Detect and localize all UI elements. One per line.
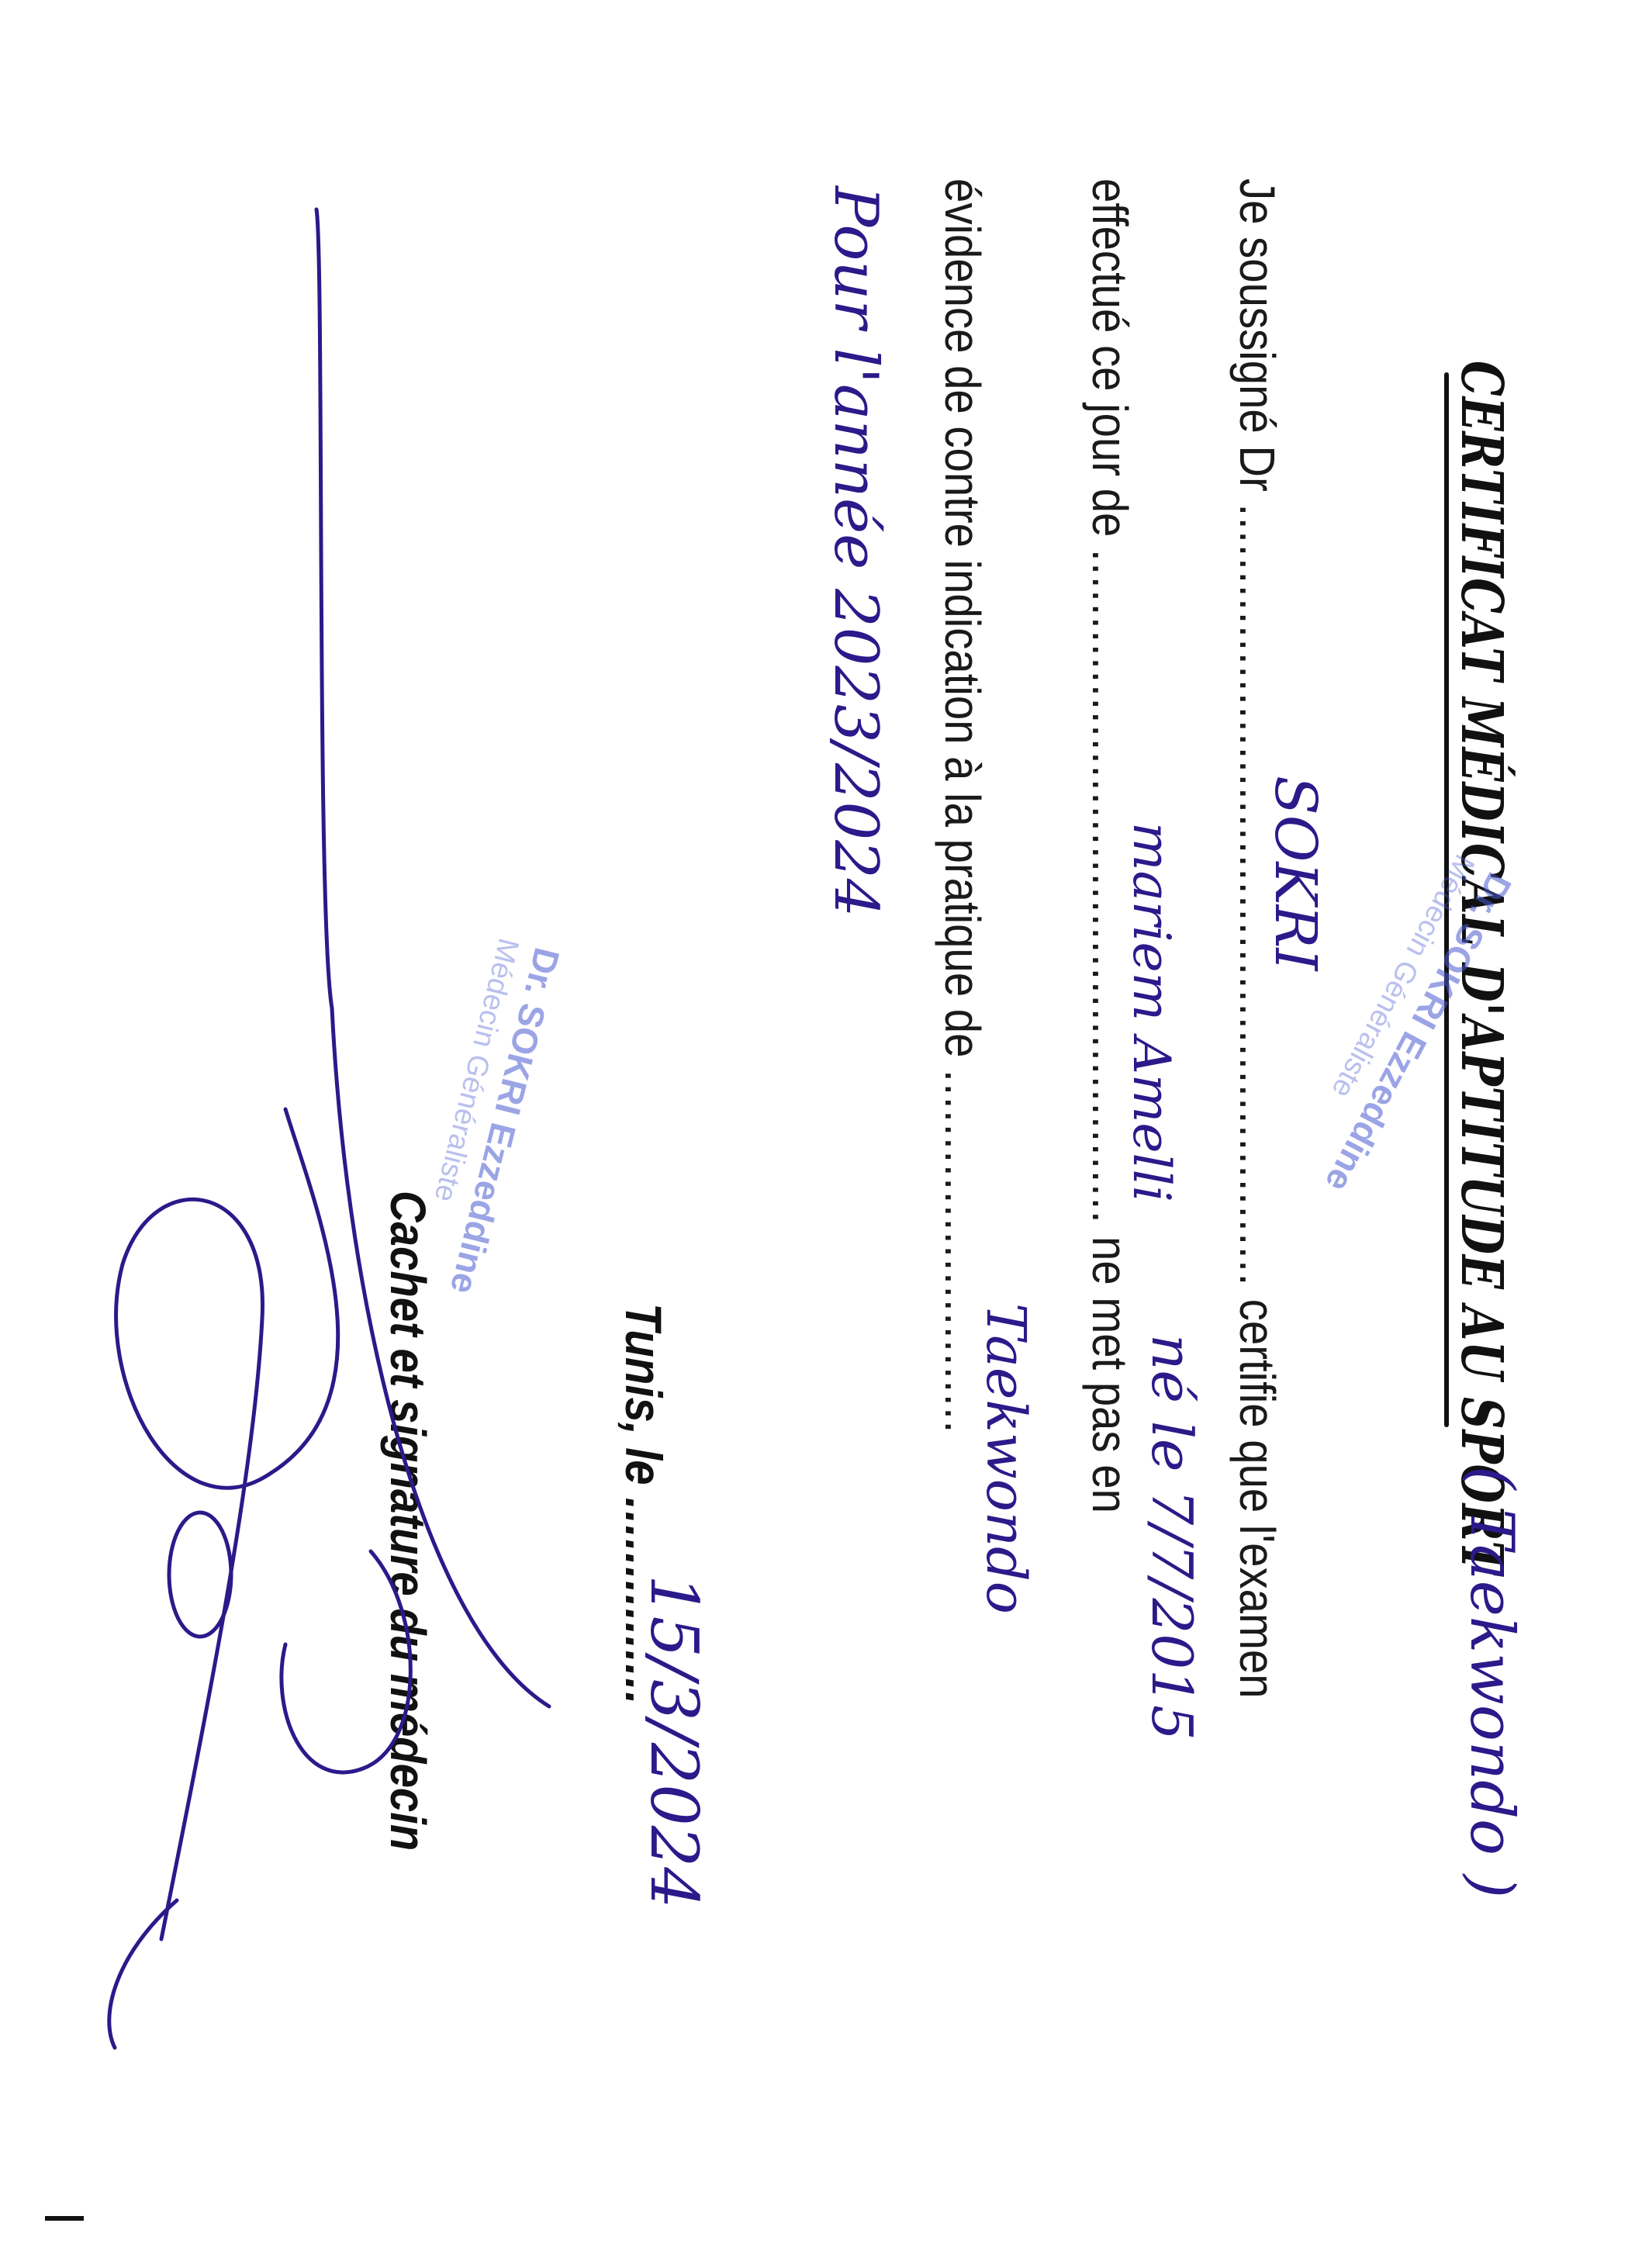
- certificate-page: CERTIFICAT MÉDICAL D'APTITUDE AU SPORT (…: [0, 0, 1635, 2268]
- handwritten-date-of-birth: né le 7/7/2015: [1139, 1334, 1205, 1741]
- signature-label: Cachet et signature du médecin: [379, 1191, 437, 1851]
- handwritten-patient-name: mariem Amelli: [1122, 822, 1181, 1202]
- line3-prefix: évidence de contre indication à la prati…: [935, 178, 990, 1057]
- handwritten-doctor-name: SOKRI: [1262, 776, 1329, 971]
- handwritten-season: Pour l'année 2023/2024: [821, 186, 890, 917]
- doctor-stamp-bottom: Dr. SOKRI Ezzeddine Médecin Généraliste: [403, 934, 568, 1298]
- doctor-signature: [0, 0, 1635, 2268]
- line1-suffix: certifie que l'examen: [1229, 1299, 1285, 1699]
- body-line-3: évidence de contre indication à la prati…: [934, 178, 991, 1434]
- place-date-label: Tunis, le: [615, 1303, 672, 1485]
- handwritten-date: 15/3/2024: [636, 1575, 712, 1909]
- line1-prefix: Je soussigné Dr: [1229, 178, 1285, 492]
- handwritten-title-annotation: ( Taekwondo ): [1457, 1466, 1526, 1898]
- handwritten-sport: Taekwondo: [974, 1303, 1038, 1614]
- line2-suffix: ne met pas en: [1082, 1236, 1138, 1513]
- line2-prefix: effectué ce jour de: [1082, 178, 1138, 537]
